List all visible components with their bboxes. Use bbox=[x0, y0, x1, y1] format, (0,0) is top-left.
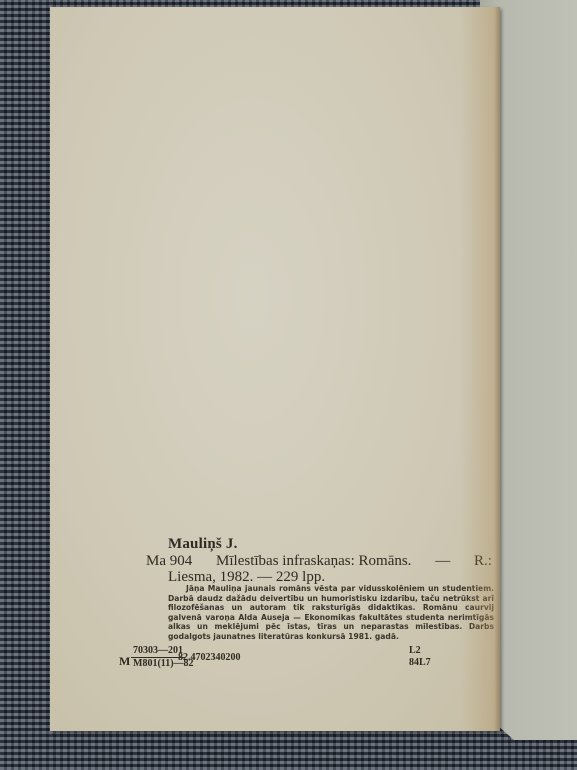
book-page: Mauliņš J. Ma 904 Mīlestības infraskaņas… bbox=[50, 7, 500, 731]
bbk-line-2: 84L7 bbox=[409, 657, 431, 669]
author-name: Mauliņš J. bbox=[168, 536, 238, 553]
call-number: Ma 904 bbox=[146, 553, 192, 570]
code-numerator: 70303—201 bbox=[131, 645, 185, 658]
bbk-classification: L2 84L7 bbox=[409, 645, 431, 669]
publication-place: R.: bbox=[474, 553, 492, 570]
catalog-card: Mauliņš J. Ma 904 Mīlestības infraskaņas… bbox=[50, 7, 500, 731]
title-dash: — bbox=[435, 553, 450, 570]
code-suffix: 82.4702340200 bbox=[178, 652, 241, 663]
book-title: Mīlestības infraskaņas: Romāns. bbox=[216, 553, 411, 570]
code-prefix: M bbox=[119, 654, 130, 669]
bbk-line-1: L2 bbox=[409, 645, 431, 657]
annotation-text: Jāņa Mauliņa jaunais romāns vēsta par vi… bbox=[168, 584, 494, 642]
title-line: Ma 904 Mīlestības infraskaņas: Romāns. —… bbox=[146, 553, 492, 570]
